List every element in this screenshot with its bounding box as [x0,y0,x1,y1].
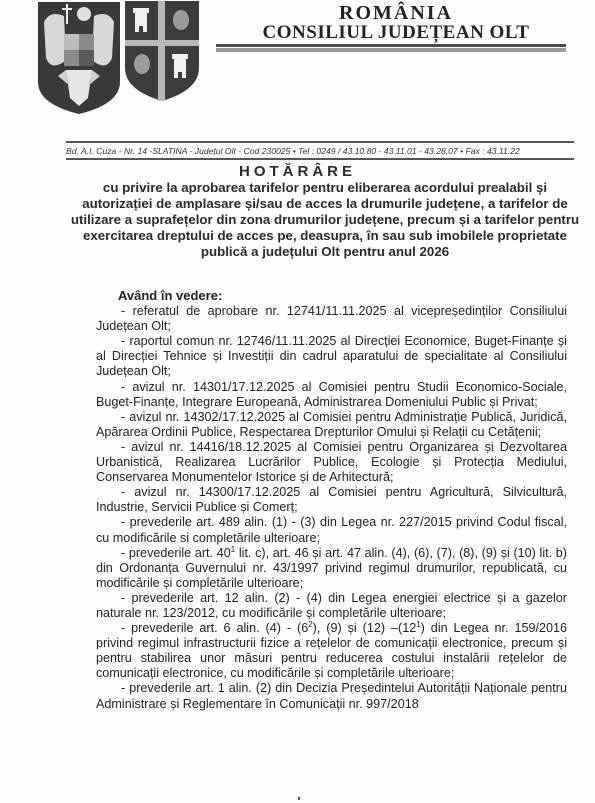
preamble-item: - raportul comun nr. 12746/11.11.2025 al… [96,334,567,379]
preamble-item: - prevederile art. 1 alin. (2) din Deciz… [96,681,567,711]
preamble-item: - prevederile art. 6 alin. (4) - (62), (… [96,621,567,681]
text: - prevederile art. 6 alin. (4) - (6 [121,621,308,635]
letterhead-stripe-light [216,48,566,52]
preamble-item: - avizul nr. 14302/17.12.2025 al Comisie… [96,410,567,440]
preamble-item: - prevederile art. 12 alin. (2) - (4) di… [96,591,567,621]
letterhead-stripe-dark [216,44,566,47]
olt-county-coat-of-arms-icon [124,0,200,102]
document-type-title: HOTĂRÂRE [0,163,595,180]
text: ), (9) și (12) –(12 [313,621,417,635]
page-mark [298,797,300,800]
preamble-item: - referatul de aprobare nr. 12741/11.11.… [96,304,567,334]
document-page: ROMÂNIA CONSILIUL JUDEȚEAN OLT Bd. A.I. … [0,0,595,803]
institution-name: CONSILIUL JUDEȚEAN OLT [226,23,566,43]
letterhead-title: ROMÂNIA CONSILIUL JUDEȚEAN OLT [226,3,566,43]
country-name: ROMÂNIA [226,3,566,23]
preamble-item: - prevederile art. 401 lit. c), art. 46 … [96,546,567,591]
preamble-item: - avizul nr. 14300/17.12.2025 al Comisie… [96,485,567,515]
document-body: Având în vedere: - referatul de aprobare… [100,288,567,712]
divider [66,141,574,143]
preamble-heading: Având în vedere: [100,288,567,303]
divider [66,158,574,160]
document-subject: cu privire la aprobarea tarifelor pentru… [70,180,580,260]
romania-coat-of-arms-icon [36,0,122,115]
preamble-item: - avizul nr. 14416/18.12.2025 al Comisie… [96,440,567,485]
preamble-item: - prevederile art. 489 alin. (1) - (3) d… [96,515,567,545]
text: - prevederile art. 40 [121,546,231,560]
address-line: Bd. A.I. Cuza - Nr. 14 -SLATINA - Județu… [66,146,578,156]
preamble-item: - avizul nr. 14301/17.12.2025 al Comisie… [96,380,567,410]
